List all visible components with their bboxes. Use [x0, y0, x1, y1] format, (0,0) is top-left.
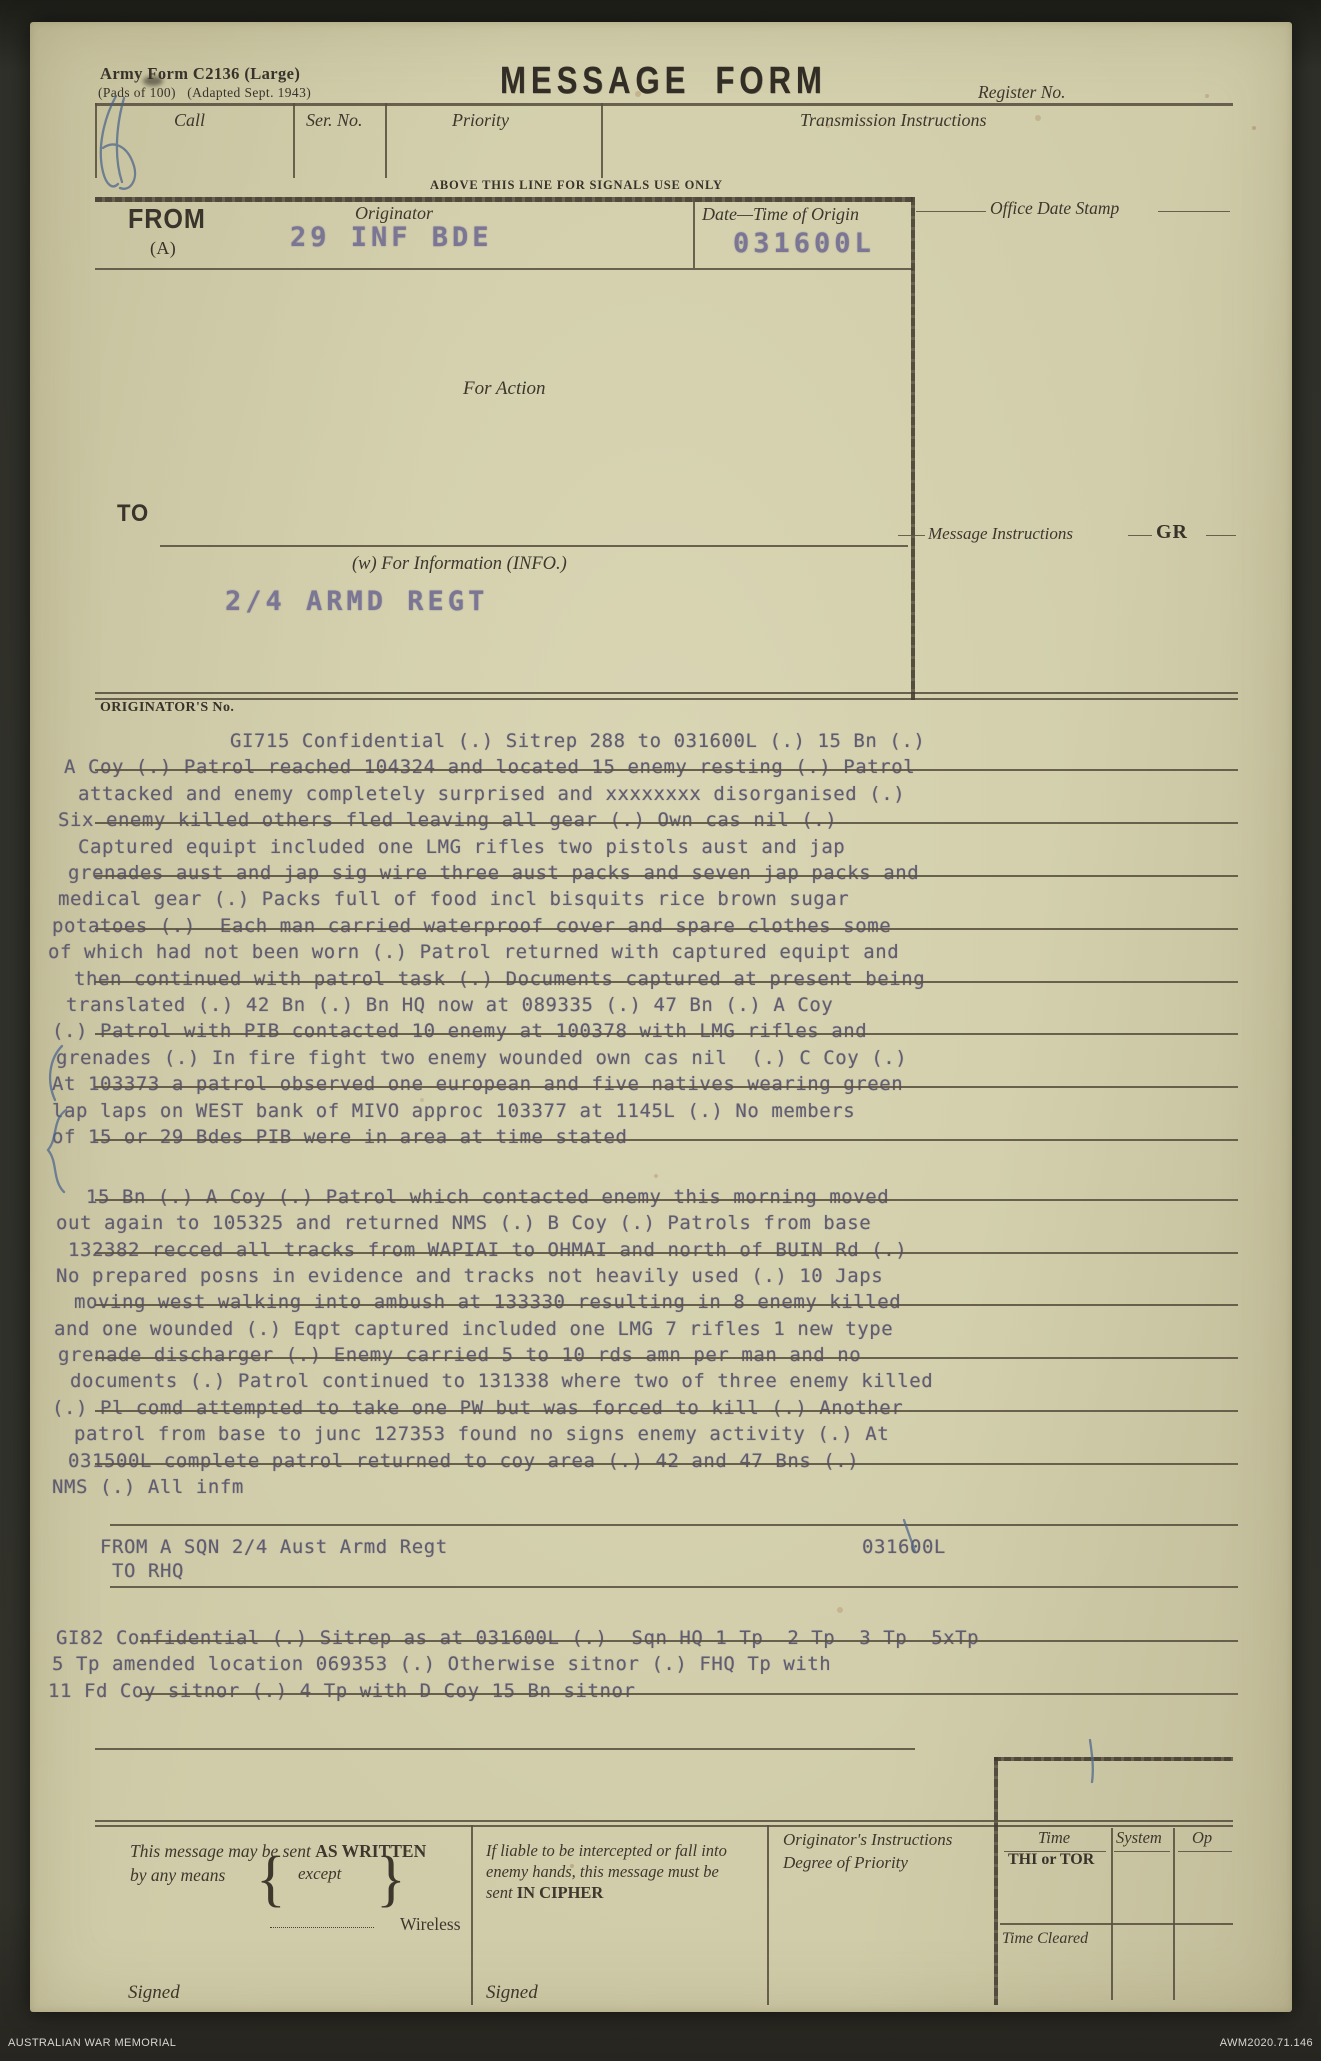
typed-line: 5 Tp amended location 069353 (.) Otherwi…	[52, 1653, 831, 1675]
message-instructions-label: Message Instructions	[928, 524, 1073, 544]
originators-no-label: ORIGINATOR'S No.	[100, 700, 234, 716]
form-rule	[95, 875, 1238, 877]
form-rule	[1158, 211, 1230, 212]
cipher-line3: sent IN CIPHER	[486, 1883, 603, 1903]
time-column-label: Time	[1038, 1828, 1070, 1848]
for-action-label: For Action	[463, 378, 546, 400]
cipher-sent-text: sent	[486, 1883, 517, 1902]
signed-label-left: Signed	[128, 1982, 180, 2004]
system-column-label: System	[1116, 1828, 1162, 1848]
except-label: except	[298, 1864, 341, 1884]
date-time-origin-value: 031600L	[733, 228, 875, 259]
form-rule	[110, 1586, 1238, 1588]
form-rule	[1114, 1851, 1170, 1852]
originator-label: Originator	[355, 203, 433, 224]
typed-line: GI82 Confidential (.) Sitrep as at 03160…	[56, 1627, 979, 1649]
form-rule	[693, 197, 695, 268]
typed-line: 11 Fd Coy sitnor (.) 4 Tp with D Coy 15 …	[48, 1680, 635, 1702]
time-cleared-label: Time Cleared	[1002, 1930, 1088, 1948]
foxing-spots	[0, 0, 4, 4]
typed-line: TO RHQ	[112, 1560, 184, 1582]
date-time-origin-label: Date—Time of Origin	[702, 204, 859, 225]
form-rule	[95, 103, 1233, 106]
archive-org-label: AUSTRALIAN WAR MEMORIAL	[8, 2037, 176, 2049]
close-brace-glyph: }	[376, 1848, 406, 1910]
from-label: FROM	[128, 203, 206, 235]
op-column-label: Op	[1192, 1828, 1212, 1848]
form-rule	[160, 545, 908, 547]
form-rule	[1178, 1851, 1232, 1852]
form-rule	[767, 1825, 769, 2005]
originator-stamp: 29 INF BDE	[290, 222, 493, 253]
typed-line: translated (.) 42 Bn (.) Bn HQ now at 08…	[66, 994, 833, 1016]
as-written-bold: AS WRITTEN	[315, 1841, 426, 1861]
ser-no-label: Ser. No.	[306, 110, 363, 131]
form-rule	[916, 211, 986, 212]
typed-line: Six enemy killed others fled leaving all…	[58, 809, 837, 831]
form-rule	[140, 1693, 1238, 1695]
typed-line: attacked and enemy completely surprised …	[78, 783, 905, 805]
form-rule	[95, 981, 1238, 983]
form-rule	[1000, 1923, 1233, 1925]
typed-line: 132382 recced all tracks from WAPIAI to …	[68, 1239, 907, 1261]
typed-line: grenades aust and jap sig wire three aus…	[68, 862, 919, 884]
typed-line: No prepared posns in evidence and tracks…	[56, 1265, 883, 1287]
form-rule	[95, 822, 1238, 824]
typed-line: lap laps on WEST bank of MIVO approc 103…	[52, 1100, 855, 1122]
cipher-bold: IN CIPHER	[517, 1883, 604, 1902]
typed-line: documents (.) Patrol continued to 131338…	[70, 1370, 933, 1392]
transmission-instructions-label: Transmission Instructions	[800, 110, 987, 131]
form-rule	[95, 1820, 1233, 1822]
typed-line: out again to 105325 and returned NMS (.)…	[56, 1212, 871, 1234]
form-rule	[911, 197, 915, 700]
form-rule	[95, 268, 913, 270]
form-rule	[95, 1410, 1238, 1412]
form-rule	[95, 1252, 1238, 1254]
form-rule	[95, 103, 97, 178]
call-label: Call	[174, 110, 205, 131]
form-rule	[994, 1757, 1233, 1761]
form-rule	[95, 1357, 1238, 1359]
from-a-label: (A)	[150, 238, 176, 259]
signals-note: ABOVE THIS LINE FOR SIGNALS USE ONLY	[430, 178, 723, 193]
form-rule	[95, 692, 1238, 694]
form-rule	[95, 1304, 1238, 1306]
typed-line: FROM A SQN 2/4 Aust Armd Regt	[100, 1536, 448, 1558]
form-rule	[140, 1640, 1238, 1642]
typed-line: moving west walking into ambush at 13333…	[74, 1291, 901, 1313]
typed-line: of 15 or 29 Bdes PIB were in area at tim…	[52, 1126, 627, 1148]
for-information-label: (w) For Information (INFO.)	[352, 554, 567, 575]
form-rule	[110, 1524, 1238, 1526]
typed-line: medical gear (.) Packs full of food incl…	[58, 888, 849, 910]
page-title: MESSAGE FORM	[500, 60, 827, 103]
archive-id-label: AWM2020.71.146	[1220, 2037, 1313, 2049]
office-date-stamp-label: Office Date Stamp	[990, 198, 1119, 219]
as-written-text: This message may be sent	[130, 1841, 315, 1861]
typed-line: and one wounded (.) Eqpt captured includ…	[54, 1318, 893, 1340]
typed-line: Captured equipt included one LMG rifles …	[78, 836, 845, 858]
form-rule	[95, 1199, 1238, 1201]
form-rule	[994, 1757, 998, 2005]
form-rule	[95, 1463, 1238, 1465]
form-code: Army Form C2136 (Large)	[100, 64, 300, 84]
typed-line: grenades (.) In fire fight two enemy wou…	[56, 1047, 907, 1069]
typed-line: (.) Pl comd attempted to take one PW but…	[52, 1397, 903, 1419]
originator-instructions-line2: Degree of Priority	[783, 1853, 908, 1873]
signed-label-right: Signed	[486, 1982, 538, 2004]
cipher-line1: If liable to be intercepted or fall into	[486, 1841, 727, 1861]
form-rule	[95, 1086, 1238, 1088]
form-rule	[1111, 1828, 1113, 2000]
typed-line: GI715 Confidential (.) Sitrep 288 to 031…	[230, 730, 925, 752]
form-rule	[1173, 1828, 1175, 2000]
typed-line: (.) Patrol with PIB contacted 10 enemy a…	[52, 1020, 867, 1042]
wireless-label: Wireless	[400, 1914, 461, 1935]
register-no-label: Register No.	[978, 82, 1066, 103]
typed-line: NMS (.) All infm	[52, 1476, 244, 1498]
typed-line: 031500L complete patrol returned to coy …	[68, 1450, 859, 1472]
form-rule	[95, 928, 1238, 930]
form-rule	[385, 103, 387, 178]
form-rule	[95, 698, 1238, 700]
typed-line: A Coy (.) Patrol reached 104324 and loca…	[64, 756, 915, 778]
form-rule	[95, 197, 913, 202]
open-brace-glyph: {	[256, 1848, 286, 1910]
thi-tor-label: THI or TOR	[1008, 1851, 1094, 1869]
originator-instructions-line1: Originator's Instructions	[783, 1830, 952, 1850]
typed-line: At 103373 a patrol observed one european…	[52, 1073, 903, 1095]
form-rule	[601, 103, 603, 178]
scanned-message-form: Army Form C2136 (Large) (Pads of 100) (A…	[0, 0, 1321, 2061]
form-rule	[95, 1825, 1233, 1827]
priority-label: Priority	[452, 110, 509, 131]
form-rule	[1206, 535, 1236, 536]
as-written-line2: by any means	[130, 1865, 225, 1886]
typed-line: then continued with patrol task (.) Docu…	[74, 968, 925, 990]
typed-line: of which had not been worn (.) Patrol re…	[48, 941, 899, 963]
typed-line: 15 Bn (.) A Coy (.) Patrol which contact…	[86, 1186, 889, 1208]
cipher-line2: enemy hands, this message must be	[486, 1862, 719, 1882]
form-rule	[471, 1825, 473, 2005]
form-rule	[1128, 535, 1152, 536]
typed-line: 031600L	[862, 1536, 946, 1558]
gr-label: GR	[1156, 521, 1188, 544]
form-rule	[95, 1748, 915, 1750]
form-rule	[293, 103, 295, 178]
except-dotted-line	[270, 1926, 374, 1928]
form-rule	[95, 1139, 1238, 1141]
paper-sheet	[30, 22, 1292, 2012]
typed-line: patrol from base to junc 127353 found no…	[74, 1423, 889, 1445]
form-rule	[95, 1033, 1238, 1035]
typed-line: potatoes (.) Each man carried waterproof…	[52, 915, 891, 937]
info-addressee-stamp: 2/4 ARMD REGT	[225, 586, 488, 617]
to-label: TO	[117, 500, 149, 528]
form-note: (Pads of 100) (Adapted Sept. 1943)	[98, 85, 311, 101]
typed-line: grenade discharger (.) Enemy carried 5 t…	[58, 1344, 861, 1366]
form-rule	[95, 769, 1238, 771]
